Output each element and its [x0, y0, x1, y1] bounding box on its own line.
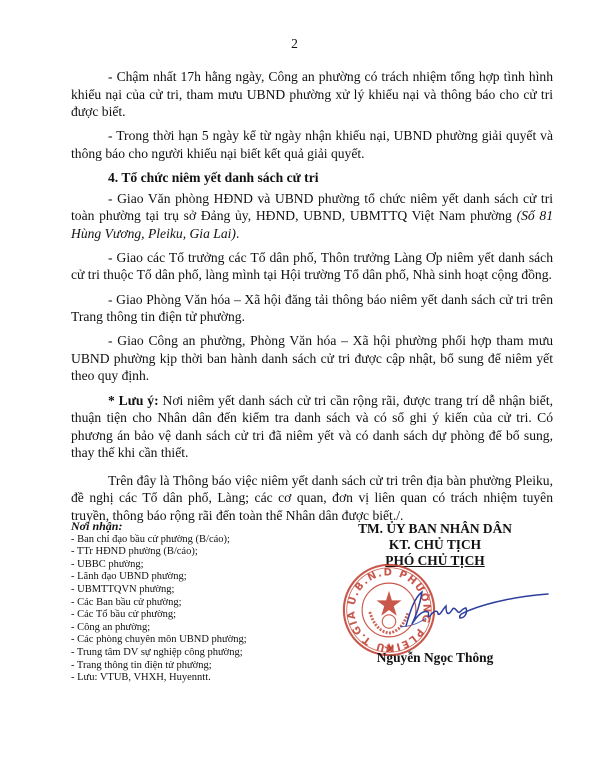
- recipients-block: Nơi nhận: - Ban chỉ đạo bầu cử phường (B…: [71, 520, 331, 685]
- recipient-item: - TTr HĐND phường (B/cáo);: [71, 546, 331, 559]
- recipient-item: - Các phòng chuyên môn UBND phường;: [71, 634, 331, 647]
- signature-title-2: KT. CHỦ TỊCH: [330, 537, 540, 553]
- paragraph-note: * Lưu ý: Nơi niêm yết danh sách cử tri c…: [71, 392, 553, 462]
- paragraph-assign-culture: - Giao Phòng Văn hóa – Xã hội đăng tải t…: [71, 291, 553, 326]
- recipient-item: - UBMTTQVN phường;: [71, 584, 331, 597]
- document-body: - Chậm nhất 17h hằng ngày, Công an phườn…: [71, 68, 553, 531]
- paragraph-assign-heads: - Giao các Tổ trưởng các Tổ dân phố, Thô…: [71, 249, 553, 284]
- recipients-list: - Ban chỉ đạo bầu cử phường (B/cáo); - T…: [71, 534, 331, 685]
- paragraph-complaint-deadline: - Chậm nhất 17h hằng ngày, Công an phườn…: [71, 68, 553, 121]
- handwritten-signature-icon: [400, 588, 550, 630]
- paragraph-resolution-period: - Trong thời hạn 5 ngày kể từ ngày nhận …: [71, 127, 553, 162]
- signature-title-1: TM. ỦY BAN NHÂN DÂN: [330, 521, 540, 537]
- paragraph-assign-police: - Giao Công an phường, Phòng Văn hóa – X…: [71, 332, 553, 385]
- signer-name: Nguyễn Ngọc Thông: [330, 650, 540, 666]
- assign-office-end: .: [236, 226, 239, 241]
- recipients-title: Nơi nhận:: [71, 520, 331, 533]
- recipient-item: - Các Tổ bầu cử phường;: [71, 609, 331, 622]
- recipient-item: - Lãnh đạo UBND phường;: [71, 571, 331, 584]
- recipient-item: - Công an phường;: [71, 622, 331, 635]
- page-number: 2: [0, 36, 589, 52]
- recipient-item: - UBBC phường;: [71, 559, 331, 572]
- paragraph-closing: Trên đây là Thông báo việc niêm yết danh…: [71, 472, 553, 525]
- recipient-item: - Trang thông tin điện tử phường;: [71, 660, 331, 673]
- recipient-item: - Các Ban bầu cử phường;: [71, 597, 331, 610]
- assign-office-text: - Giao Văn phòng HĐND và UBND phường tổ …: [71, 191, 553, 224]
- paragraph-assign-office: - Giao Văn phòng HĐND và UBND phường tổ …: [71, 190, 553, 243]
- recipient-item: - Trung tâm DV sự nghiệp công phường;: [71, 647, 331, 660]
- note-label: * Lưu ý:: [108, 393, 159, 408]
- recipient-item: - Lưu: VTUB, VHXH, Huyenntt.: [71, 672, 331, 685]
- recipient-item: - Ban chỉ đạo bầu cử phường (B/cáo);: [71, 534, 331, 547]
- section-heading: 4. Tổ chức niêm yết danh sách cử tri: [71, 169, 553, 187]
